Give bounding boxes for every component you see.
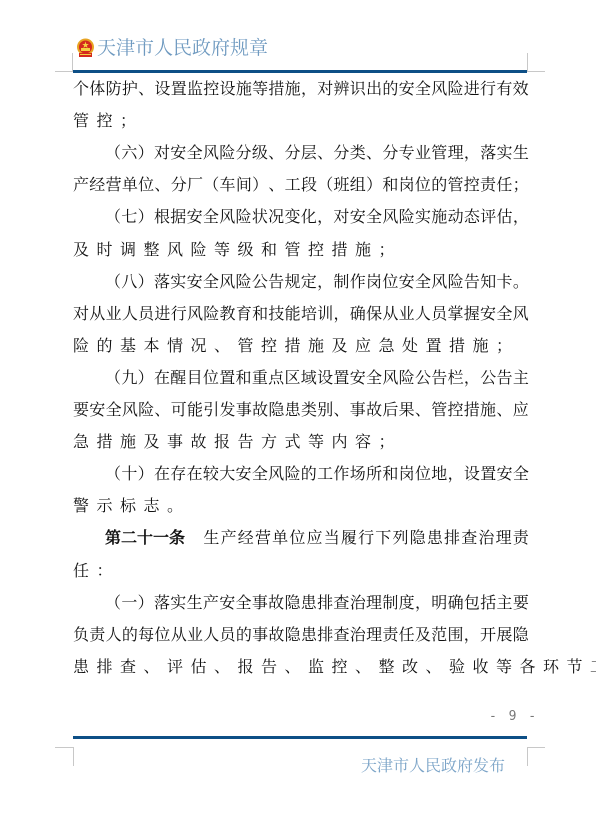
- line-text: 急措施及事故报告方式等内容；: [73, 432, 402, 451]
- line-text: 及时调整风险等级和管控措施；: [73, 240, 402, 259]
- crop-mark-top-left-h: [55, 71, 73, 72]
- text-line: 对从业人员进行风险教育和技能培训，确保从业人员掌握安全风: [73, 303, 529, 325]
- text-line: 管控；: [73, 110, 144, 132]
- crop-mark-bottom-left-h: [55, 747, 73, 748]
- crop-mark-top-right-h: [527, 71, 545, 72]
- text-line: 第二十一条 生产经营单位应当履行下列隐患排查治理责: [105, 527, 529, 549]
- header-rule: [73, 70, 527, 73]
- text-line: 要安全风险、可能引发事故隐患类别、事故后果、管控措施、应: [73, 399, 529, 421]
- text-line: 急措施及事故报告方式等内容；: [73, 431, 402, 453]
- text-line: （一）落实生产安全事故隐患排查治理制度，明确包括主要: [105, 592, 529, 614]
- crop-mark-bottom-right-h: [527, 747, 545, 748]
- document-page: 天津市人民政府规章 个体防护、设置监控设施等措施，对辨识出的安全风险进行有效管控…: [0, 0, 596, 824]
- text-line: 警示标志。: [73, 495, 191, 517]
- text-line: 险的基本情况、管控措施及应急处置措施；: [73, 335, 520, 357]
- footer-publisher: 天津市人民政府发布: [361, 753, 505, 776]
- line-text: 管控；: [73, 111, 144, 130]
- text-line: 及时调整风险等级和管控措施；: [73, 239, 402, 261]
- text-line: 产经营单位、分厂（车间）、工段（班组）和岗位的管控责任；: [73, 174, 529, 196]
- line-text: 任：: [73, 561, 120, 580]
- text-line: 患排查、评估、报告、监控、整改、验收等各环节工作；: [73, 656, 596, 678]
- article-number: 第二十一条: [105, 527, 185, 549]
- page-number: - 9 -: [489, 709, 538, 724]
- footer-rule: [73, 736, 527, 739]
- text-line: （九）在醒目位置和重点区域设置安全风险公告栏，公告主: [105, 367, 529, 389]
- line-text: 险的基本情况、管控措施及应急处置措施；: [73, 336, 520, 355]
- text-line: 任：: [73, 560, 120, 582]
- text-line: （十）在存在较大安全风险的工作场所和岗位地，设置安全: [105, 463, 529, 485]
- text-line: （七）根据安全风险状况变化，对安全风险实施动态评估，: [105, 206, 529, 228]
- text-line: 负责人的每位从业人员的事故隐患排查治理责任及范围，开展隐: [73, 624, 529, 646]
- crop-mark-bottom-right-v: [527, 747, 528, 766]
- line-text: 患排查、评估、报告、监控、整改、验收等各环节工作；: [73, 657, 596, 676]
- national-emblem-icon: [76, 38, 95, 60]
- text-line: （六）对安全风险分级、分层、分类、分专业管理，落实生: [105, 142, 529, 164]
- text-line: 个体防护、设置监控设施等措施，对辨识出的安全风险进行有效: [73, 78, 529, 100]
- crop-mark-top-right-v: [527, 53, 528, 72]
- text-line: （八）落实安全风险公告规定，制作岗位安全风险告知卡。: [105, 271, 529, 293]
- crop-mark-bottom-left-v: [73, 747, 74, 766]
- line-text: 警示标志。: [73, 496, 191, 515]
- header-title: 天津市人民政府规章: [97, 36, 268, 60]
